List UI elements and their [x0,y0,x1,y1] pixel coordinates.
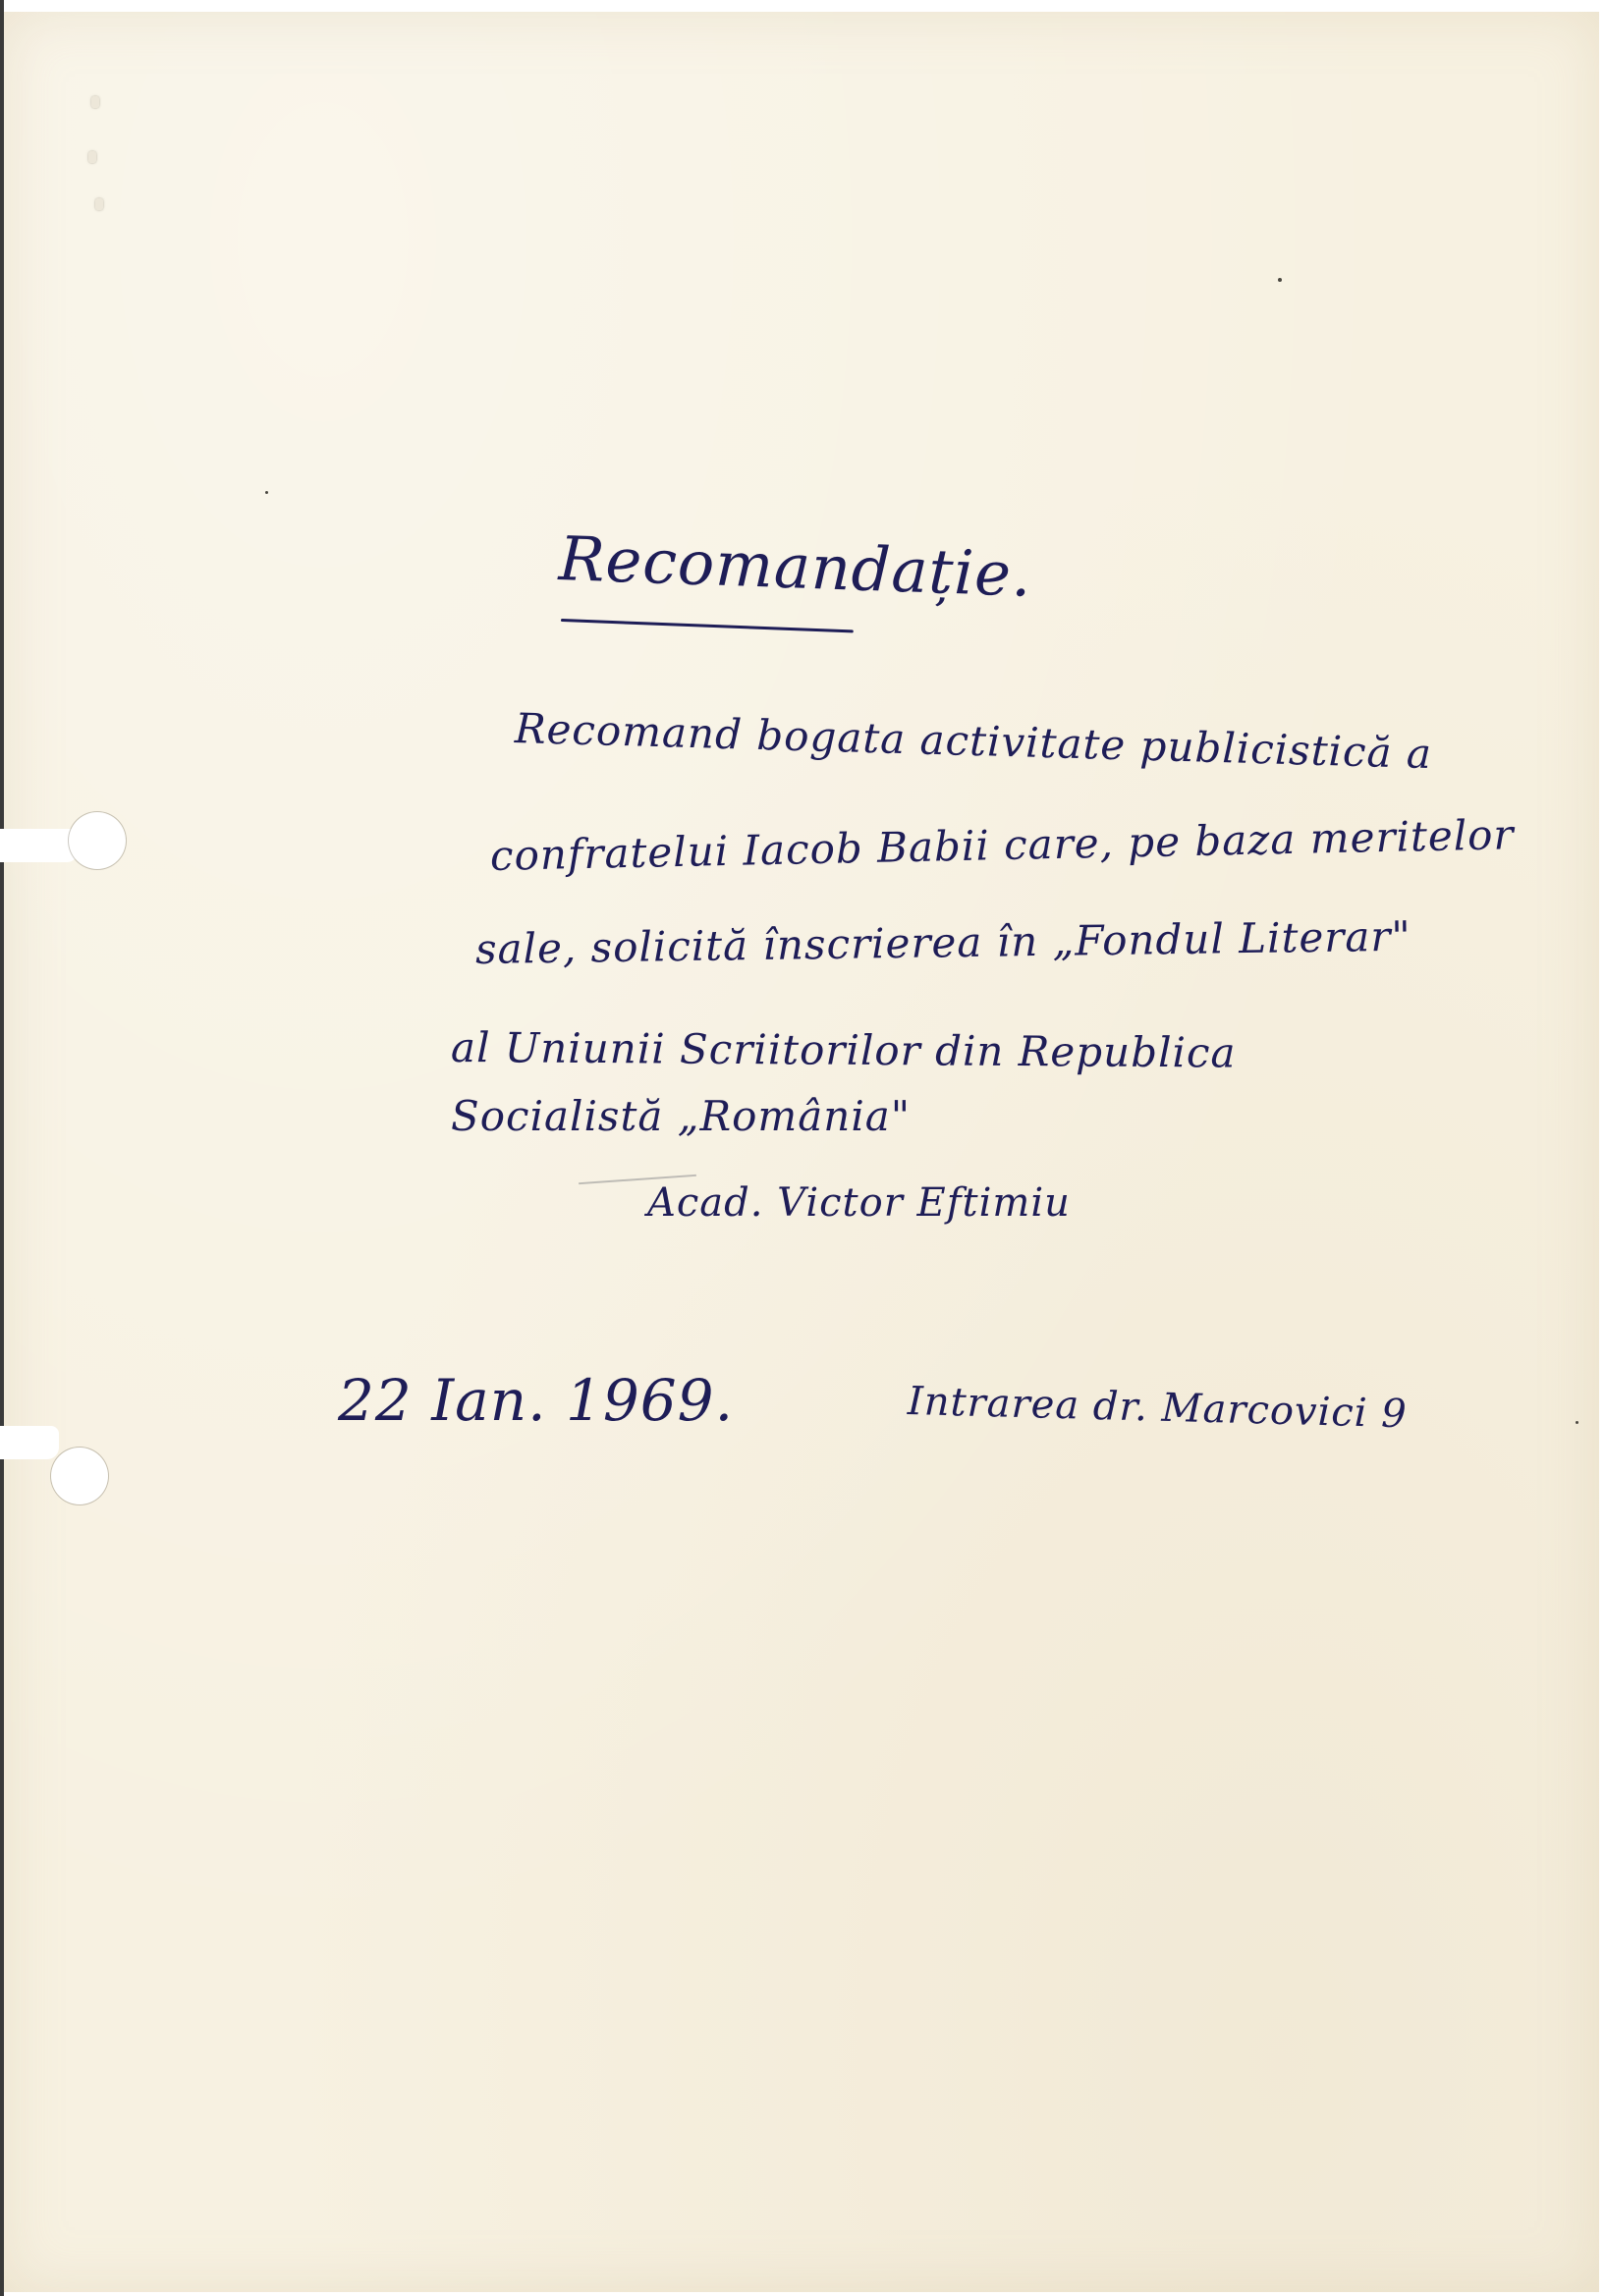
staple-mark [95,198,103,210]
staple-mark [88,151,96,163]
punch-hole [51,1448,108,1504]
punch-hole [69,812,126,869]
body-line: confratelui Iacob Babii care, pe baza me… [489,810,1514,880]
signature: Acad. Victor Eftimiu [647,1180,1071,1226]
body-line: sale, solicită înscrierea în „Fondul Lit… [475,912,1411,973]
body-line: al Uniunii Scriitorilor din Republica [451,1023,1237,1077]
date: 22 Ian. 1969. [338,1367,734,1434]
ink-speck [1576,1421,1578,1424]
paper-sheet: Recomandație. Recomand bogata activitate… [4,12,1599,2292]
punch-tear [0,829,79,862]
ink-speck [1278,278,1282,282]
punch-tear [0,1426,59,1459]
address: Intrarea dr. Marcovici 9 [907,1379,1408,1437]
body-line: Socialistă „România" [451,1092,911,1140]
title-underline [561,619,854,632]
ink-speck [265,491,268,494]
document-title: Recomandație. [558,522,1033,611]
body-line: Recomand bogata activitate publicistică … [514,704,1432,778]
staple-mark [91,96,99,108]
